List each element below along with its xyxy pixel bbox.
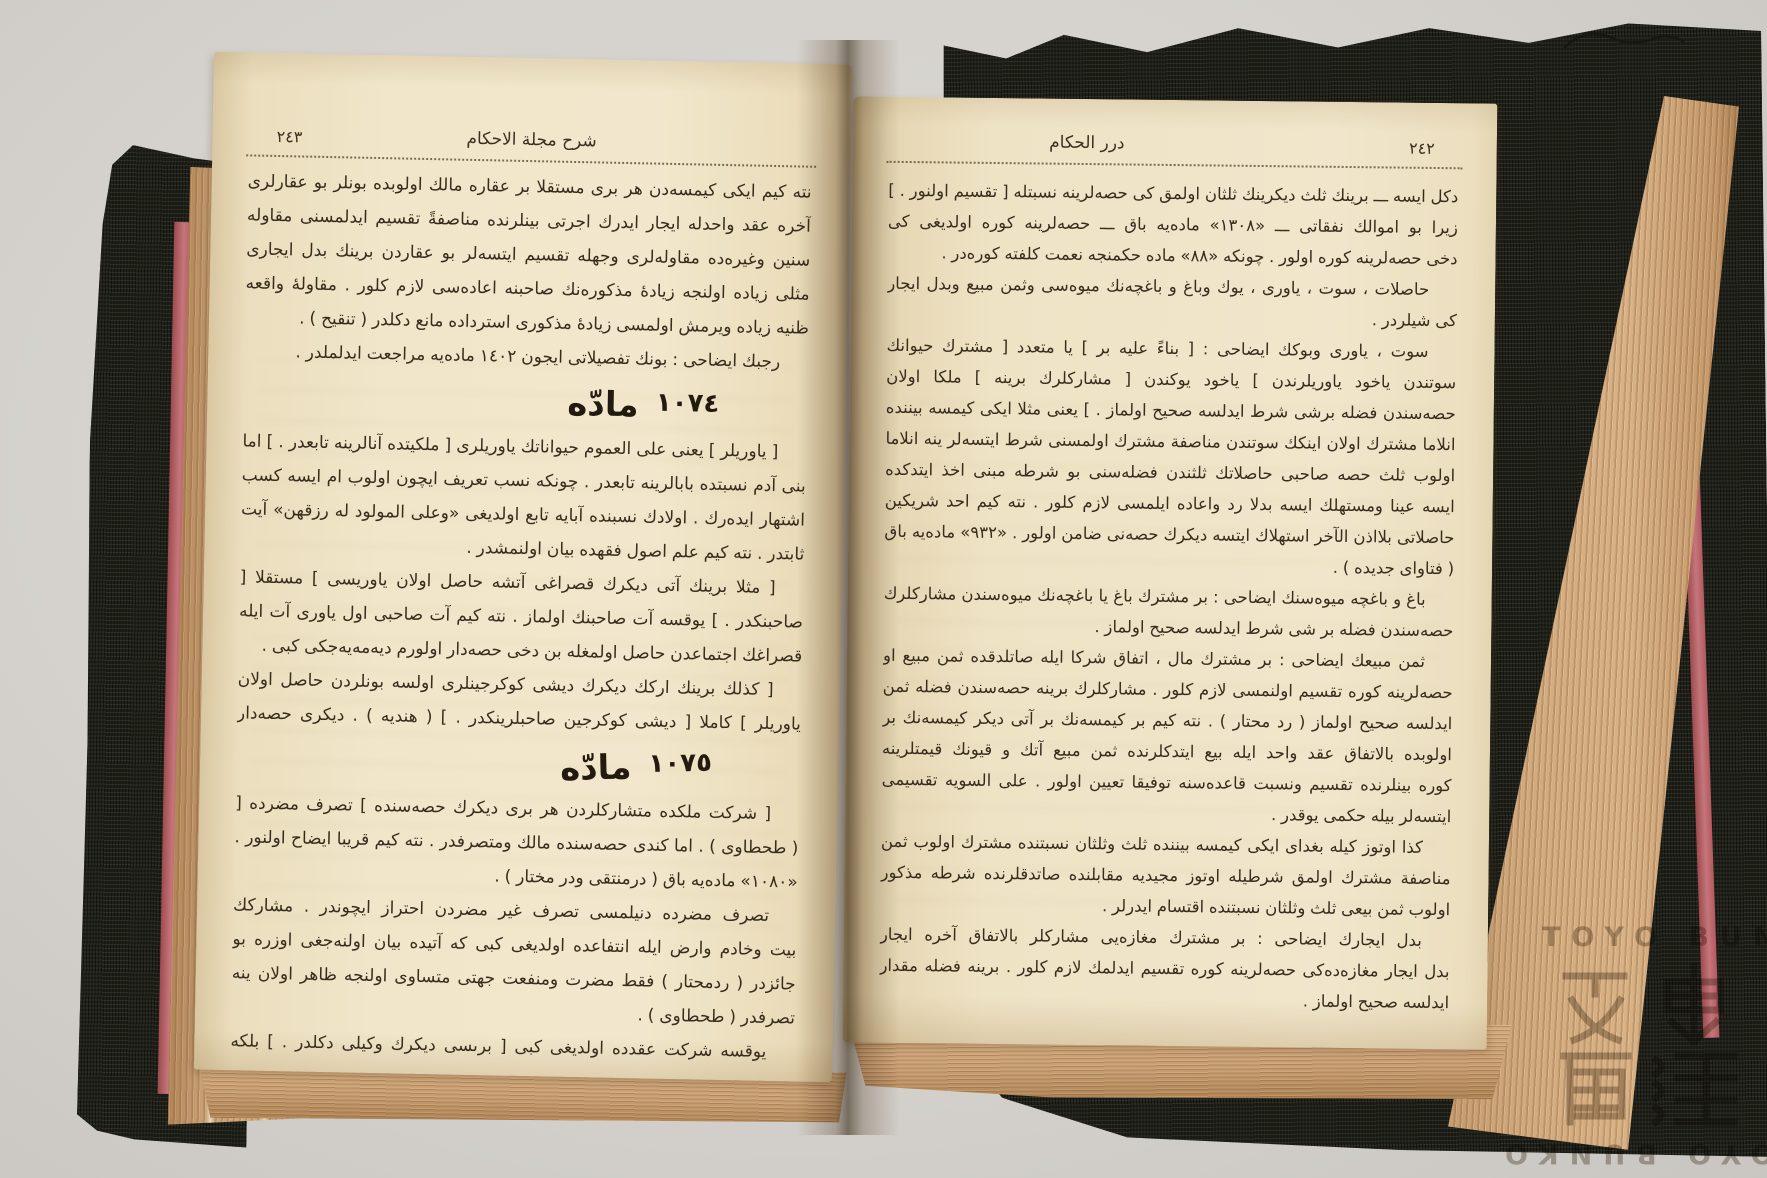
- text-line: حاصلات ، سوت ، ياورى ، يوك وباغ و باغچه‌…: [887, 268, 1457, 305]
- article-number: ١٠٧٥: [648, 748, 712, 779]
- right-text-column: دكل ايسه ـــ برينك ثلث ديكرينك ثلثان اول…: [879, 175, 1458, 1018]
- loose-thread: [1560, 18, 1690, 68]
- right-page-text: دكل ايسه ـــ برينك ثلث ديكرينك ثلثان اول…: [879, 175, 1458, 1018]
- left-text-column: نته كيم ايكى كيمسه‌دن هر برى مستقلا بر ع…: [230, 164, 812, 1069]
- article-1074-text: [ ياوريلر ] يعنى على العموم حيواناتك ياو…: [237, 424, 807, 741]
- photo-of-open-book: ٢٤٣ شرح مجلة الاحكام نته كيم ايكى كيمسه‌…: [0, 0, 1767, 1178]
- text-line: كوره بينلرنده تقسيم ونسبت قاعده‌سنه توفي…: [881, 764, 1451, 801]
- left-page: ٢٤٣ شرح مجلة الاحكام نته كيم ايكى كيمسه‌…: [194, 52, 852, 1083]
- left-page-number: ٢٤٣: [276, 127, 302, 147]
- intro-paragraph: نته كيم ايكى كيمسه‌دن هر برى مستقلا بر ع…: [244, 164, 812, 379]
- article-heading-1074: ١٠٧٤ مادّه: [361, 371, 926, 438]
- text-line: ايدلسه صحيح اولماز .: [879, 981, 1449, 1018]
- text-line: بدل ايجار مغازه‌ده‌كى حصه‌لرينه كوره تقس…: [879, 950, 1449, 987]
- right-running-title: درر الحكام: [1049, 133, 1125, 154]
- article-number: ١٠٧٤: [655, 388, 719, 419]
- article-word-madde: مادّه: [567, 384, 639, 425]
- left-running-title: شرح مجلة الاحكام: [466, 129, 597, 152]
- text-line: باغ و باغچه ميوه‌سنك ايضاحى : بر مشترك ب…: [884, 578, 1454, 615]
- text-line: مناصفة مشترك اولمق شرطيله اوتوز مجيديه م…: [880, 857, 1450, 894]
- article-heading-1075: ١٠٧٥ مادّه: [353, 732, 918, 800]
- article-1075-text: [ شركت ملكده متشاركلردن هر برى ديكرك حصه…: [230, 786, 799, 1069]
- right-page: درر الحكام ٢٤٢ دكل ايسه ـــ برينك ثلث دي…: [843, 96, 1498, 1049]
- article-word-madde: مادّه: [560, 747, 632, 789]
- text-line: حاصلاتى بلااذن الآخر استهلاك ايتسه ديكرك…: [884, 516, 1454, 553]
- right-page-number: ٢٤٢: [1409, 139, 1435, 158]
